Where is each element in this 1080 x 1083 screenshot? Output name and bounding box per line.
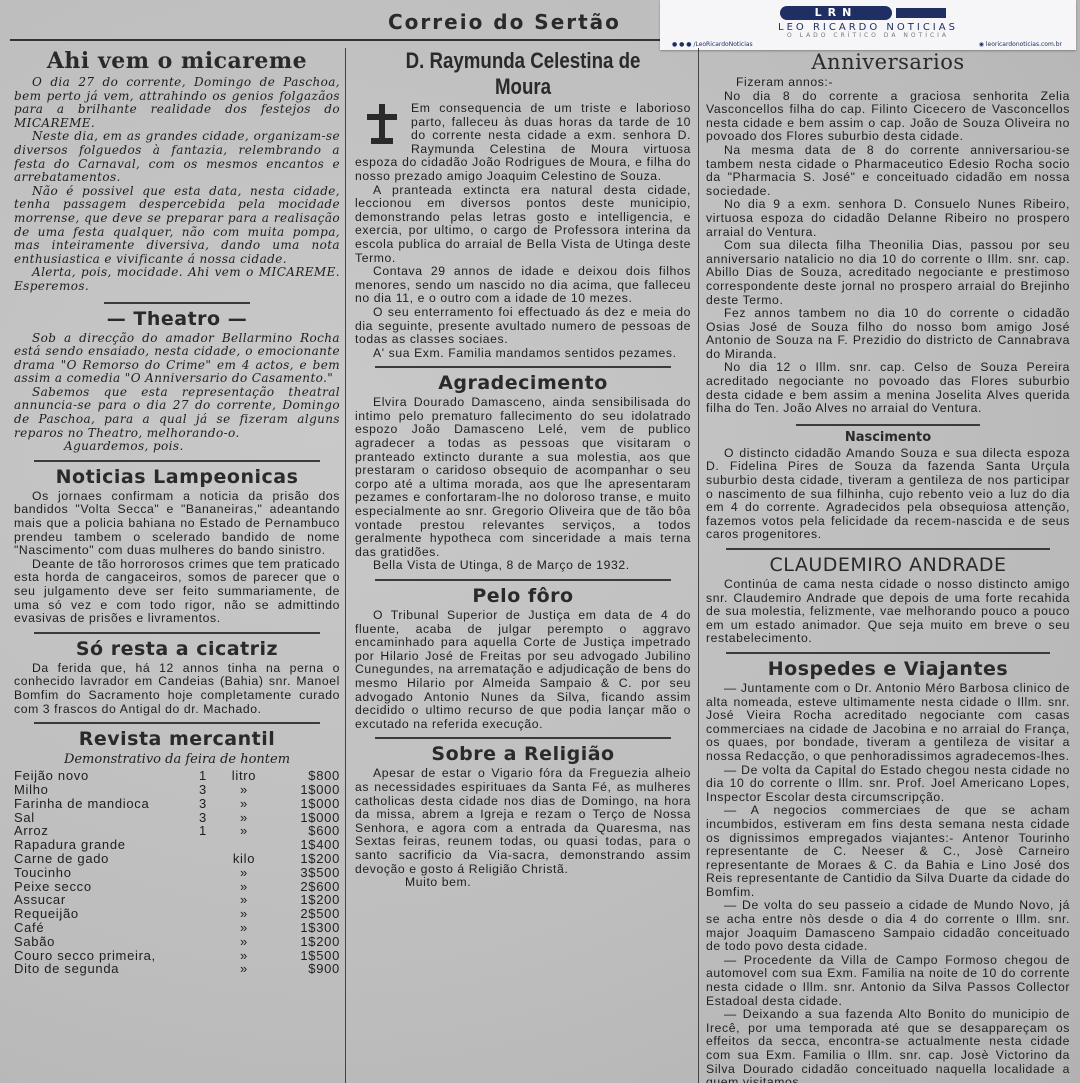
price-unit: » — [214, 893, 274, 907]
article-paragraph: A pranteada extincta era natural desta c… — [355, 184, 691, 266]
price-row: Café»1$300 — [14, 921, 340, 935]
price-qty: 1 — [192, 769, 214, 783]
article-paragraph: No dia 12 o Illm. snr. cap. Celso de Sou… — [706, 361, 1070, 415]
article-paragraph: O seu enterramento foi effectuado ás dez… — [355, 306, 691, 347]
article-paragraph: Não é possivel que esta data, nesta cida… — [14, 185, 340, 267]
price-unit: » — [214, 811, 274, 825]
article-paragraph: Apesar de estar o Vigario fóra da Fregue… — [355, 767, 691, 876]
article-title: Nascimento — [706, 430, 1070, 445]
article-paragraph: — A negocios commerciaes de que se acham… — [706, 804, 1070, 899]
price-unit: » — [214, 921, 274, 935]
logo-camera-icon — [896, 8, 946, 18]
section-divider — [34, 460, 320, 462]
price-price: 3$500 — [274, 866, 340, 880]
article-title: Revista mercantil — [14, 728, 340, 750]
price-unit: » — [214, 783, 274, 797]
section-divider — [375, 366, 671, 368]
logo-tagline: O LADO CRÍTICO DA NOTÍCIA — [710, 32, 1026, 39]
article-paragraph: Contava 29 annos de idade e deixou dois … — [355, 265, 691, 306]
price-price: 1$500 — [274, 949, 340, 963]
price-qty — [192, 907, 214, 921]
price-item: Sabão — [14, 935, 192, 949]
price-price: 2$500 — [274, 907, 340, 921]
article-hospedes: Hospedes e Viajantes — Juntamente com o … — [706, 658, 1070, 1083]
price-row: Requeijão»2$500 — [14, 907, 340, 921]
price-price: 1$000 — [274, 811, 340, 825]
price-row: Farinha de mandioca3»1$000 — [14, 797, 340, 811]
price-unit: » — [214, 866, 274, 880]
article-paragraph: Neste dia, em as grandes cidade, organiz… — [14, 130, 340, 184]
price-price: 1$200 — [274, 893, 340, 907]
article-revista-mercantil: Revista mercantil Demonstrativo da feira… — [14, 728, 340, 976]
price-price: $800 — [274, 769, 340, 783]
article-paragraph: A' sua Exm. Familia mandamos sentidos pe… — [355, 347, 691, 361]
article-title: Agradecimento — [355, 372, 691, 394]
logo-mark: LRN — [780, 6, 892, 20]
section-divider — [375, 579, 671, 581]
article-paragraph: O Tribunal Superior de Justiça em data d… — [355, 609, 691, 731]
price-unit: kilo — [214, 852, 274, 866]
article-title: — Theatro — — [14, 308, 340, 330]
article-paragraph: Em consequencia de um triste e laborioso… — [355, 102, 691, 184]
price-unit — [214, 838, 274, 852]
article-title: CLAUDEMIRO ANDRADE — [706, 554, 1070, 576]
article-paragraph: Continúa de cama nesta cidade o nosso di… — [706, 578, 1070, 646]
price-qty — [192, 893, 214, 907]
price-item: Requeijão — [14, 907, 192, 921]
article-paragraph: No dia 9 a exm. senhora D. Consuelo Nune… — [706, 198, 1070, 239]
price-item: Toucinho — [14, 866, 192, 880]
article-anniversarios: Anniversarios Fizeram annos:- No dia 8 d… — [706, 50, 1070, 416]
price-qty — [192, 852, 214, 866]
price-item: Feijão novo — [14, 769, 192, 783]
price-row: Sal3»1$000 — [14, 811, 340, 825]
price-item: Café — [14, 921, 192, 935]
section-divider — [34, 632, 320, 634]
price-qty: 1 — [192, 824, 214, 838]
article-paragraph: Alerta, pois, mocidade. Ahi vem o MICARE… — [14, 266, 340, 293]
article-paragraph: Bella Vista de Utinga, 8 de Março de 193… — [355, 559, 691, 573]
article-paragraph: Com sua dilecta filha Theonilia Dias, pa… — [706, 239, 1070, 307]
article-title: D. Raymunda Celestina de Moura — [380, 48, 666, 100]
price-price: 1$300 — [274, 921, 340, 935]
article-title: Hospedes e Viajantes — [706, 658, 1070, 680]
price-unit: » — [214, 907, 274, 921]
article-paragraph: — De volta do seu passeio a cidade de Mu… — [706, 899, 1070, 953]
article-title: Ahi vem o micareme — [14, 48, 340, 74]
column-divider — [698, 48, 699, 1083]
article-nascimento: Nascimento O distincto cidadão Amando So… — [706, 430, 1070, 542]
article-paragraph: O distincto cidadão Amando Souza e sua d… — [706, 447, 1070, 542]
price-price: 2$600 — [274, 880, 340, 894]
price-price: 1$000 — [274, 783, 340, 797]
section-divider — [375, 737, 671, 739]
price-price: 1$400 — [274, 838, 340, 852]
column-right: Anniversarios Fizeram annos:- No dia 8 d… — [706, 44, 1070, 1083]
article-paragraph: O dia 27 do corrente, Domingo de Paschoa… — [14, 76, 340, 130]
article-micareme: Ahi vem o micareme O dia 27 do corrente,… — [14, 48, 340, 294]
price-unit: » — [214, 962, 274, 976]
price-unit: » — [214, 880, 274, 894]
column-divider — [345, 48, 346, 1083]
price-row: Assucar»1$200 — [14, 893, 340, 907]
article-paragraph: — De volta da Capital do Estado chegou n… — [706, 764, 1070, 805]
price-qty: 3 — [192, 811, 214, 825]
article-intro: Fizeram annos:- — [706, 76, 1070, 90]
price-item: Carne de gado — [14, 852, 192, 866]
price-unit: » — [214, 797, 274, 811]
newspaper-title: Correio do Sertão — [388, 10, 621, 34]
price-row: Toucinho»3$500 — [14, 866, 340, 880]
price-price: $900 — [274, 962, 340, 976]
price-item: Assucar — [14, 893, 192, 907]
section-divider — [726, 548, 1050, 550]
price-row: Sabão»1$200 — [14, 935, 340, 949]
article-paragraph: — Juntamente com o Dr. Antonio Méro Barb… — [706, 682, 1070, 764]
price-item: Milho — [14, 783, 192, 797]
article-obituary: D. Raymunda Celestina de Moura Em conseq… — [355, 48, 691, 360]
price-unit: » — [214, 935, 274, 949]
article-paragraph: Sob a direcção do amador Bellarmino Roch… — [14, 332, 340, 386]
price-item: Farinha de mandioca — [14, 797, 192, 811]
price-row: Couro secco primeira,»1$500 — [14, 949, 340, 963]
article-claudemiro: CLAUDEMIRO ANDRADE Continúa de cama nest… — [706, 554, 1070, 646]
price-qty: 3 — [192, 783, 214, 797]
price-qty: 3 — [192, 797, 214, 811]
article-pelo-foro: Pelo fôro O Tribunal Superior de Justiça… — [355, 585, 691, 731]
price-qty — [192, 962, 214, 976]
section-divider — [104, 302, 250, 304]
article-title: Noticias Lampeonicas — [14, 466, 340, 488]
column-middle: D. Raymunda Celestina de Moura Em conseq… — [355, 44, 691, 1083]
price-item: Arroz — [14, 824, 192, 838]
price-row: Dito de segunda»$900 — [14, 962, 340, 976]
article-paragraph: — Deixando a sua fazenda Alto Bonito do … — [706, 1008, 1070, 1083]
price-qty — [192, 880, 214, 894]
price-price: 1$000 — [274, 797, 340, 811]
article-paragraph: Elvira Dourado Damasceno, ainda sensibil… — [355, 396, 691, 559]
cross-icon — [359, 102, 405, 146]
article-paragraph: Fez annos tambem no dia 10 do corrente o… — [706, 307, 1070, 361]
price-table: Feijão novo1litro$800Milho3»1$000Farinha… — [14, 769, 340, 976]
price-row: Peixe secco»2$600 — [14, 880, 340, 894]
price-item: Sal — [14, 811, 192, 825]
article-cicatriz: Só resta a cicatriz Da ferida que, há 12… — [14, 638, 340, 716]
watermark-logo: LRN LEO RICARDO NOTICIAS O LADO CRÍTICO … — [660, 0, 1076, 50]
price-item: Dito de segunda — [14, 962, 192, 976]
price-item: Couro secco primeira, — [14, 949, 192, 963]
article-paragraph: — Procedente da Villa de Campo Formoso c… — [706, 954, 1070, 1008]
price-qty — [192, 935, 214, 949]
article-title: Só resta a cicatriz — [14, 638, 340, 660]
price-row: Feijão novo1litro$800 — [14, 769, 340, 783]
price-unit: litro — [214, 769, 274, 783]
article-noticias-lampeonicas: Noticias Lampeonicas Os jornaes confirma… — [14, 466, 340, 626]
article-sign-off: Muito bem. — [355, 876, 691, 890]
section-divider — [34, 722, 320, 724]
price-row: Milho3»1$000 — [14, 783, 340, 797]
article-paragraph: Deante de tão horrorosos crimes que tem … — [14, 558, 340, 626]
section-divider — [796, 424, 980, 426]
article-paragraph: Da ferida que, há 12 annos tinha na pern… — [14, 662, 340, 716]
price-row: Rapadura grande1$400 — [14, 838, 340, 852]
price-price: $600 — [274, 824, 340, 838]
price-item: Rapadura grande — [14, 838, 192, 852]
article-subtitle: Demonstrativo da feira de hontem — [14, 752, 340, 767]
price-unit: » — [214, 949, 274, 963]
price-qty — [192, 866, 214, 880]
price-row: Carne de gadokilo1$200 — [14, 852, 340, 866]
article-title: Pelo fôro — [355, 585, 691, 607]
price-row: Arroz1»$600 — [14, 824, 340, 838]
price-qty — [192, 838, 214, 852]
article-religiao: Sobre a Religião Apesar de estar o Vigar… — [355, 743, 691, 889]
section-divider — [726, 652, 1050, 654]
price-qty — [192, 949, 214, 963]
article-theatro: — Theatro — Sob a direcção do amador Bel… — [14, 308, 340, 454]
article-title: Sobre a Religião — [355, 743, 691, 765]
article-paragraph: Sabemos que esta representação theatral … — [14, 386, 340, 440]
price-qty — [192, 921, 214, 935]
article-paragraph: No dia 8 do corrente a graciosa senhorit… — [706, 90, 1070, 144]
price-unit: » — [214, 824, 274, 838]
article-paragraph: Os jornaes confirmam a noticia da prisão… — [14, 490, 340, 558]
article-title: Anniversarios — [706, 50, 1070, 74]
column-left: Ahi vem o micareme O dia 27 do corrente,… — [14, 44, 340, 1083]
article-paragraph: Na mesma data de 8 do corrente anniversa… — [706, 144, 1070, 198]
article-agradecimento: Agradecimento Elvira Dourado Damasceno, … — [355, 372, 691, 573]
price-price: 1$200 — [274, 935, 340, 949]
newspaper-page: Correio do Sertão LRN LEO RICARDO NOTICI… — [0, 0, 1080, 1083]
article-sign-off: Aguardemos, pois. — [14, 440, 340, 454]
price-price: 1$200 — [274, 852, 340, 866]
price-item: Peixe secco — [14, 880, 192, 894]
